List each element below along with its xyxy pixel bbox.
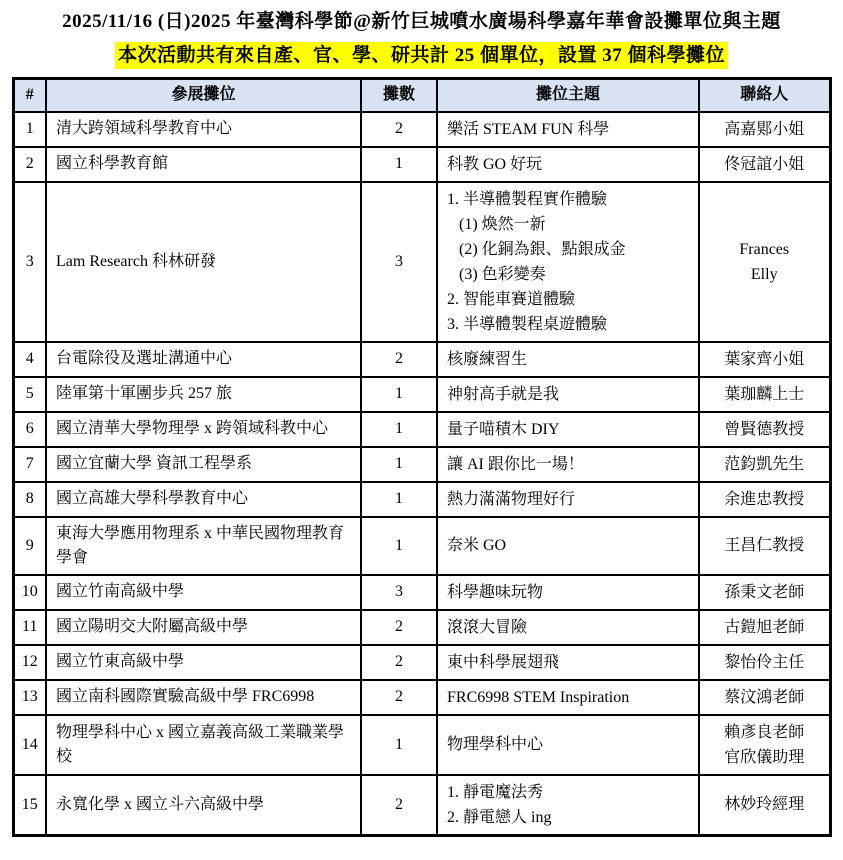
contact-person: Frances Elly bbox=[699, 182, 830, 342]
table-row: 1 清大跨領域科學教育中心 2 樂活 STEAM FUN 科學 高嘉郹小姐 bbox=[13, 112, 830, 147]
booth-count: 2 bbox=[361, 645, 437, 680]
booth-count: 2 bbox=[361, 610, 437, 645]
contact-person: 賴彥良老師 官欣儀助理 bbox=[699, 715, 830, 775]
contact-person: 黎怡伶主任 bbox=[699, 645, 830, 680]
unit-name: 台電除役及選址溝通中心 bbox=[46, 342, 361, 377]
booth-theme: 讓 AI 跟你比一場！ bbox=[437, 447, 699, 482]
table-row: 8 國立高雄大學科學教育中心 1 熱力滿滿物理好行 余進忠教授 bbox=[13, 482, 830, 517]
table-row: 2 國立科學教育館 1 科教 GO 好玩 佟冠誼小姐 bbox=[13, 147, 830, 182]
unit-name: 國立竹南高級中學 bbox=[46, 575, 361, 610]
booth-count: 1 bbox=[361, 715, 437, 775]
row-number: 8 bbox=[13, 482, 46, 517]
header-contact: 聯絡人 bbox=[699, 79, 830, 112]
unit-name: 國立清華大學物理學 x 跨領域科教中心 bbox=[46, 412, 361, 447]
booth-count: 3 bbox=[361, 182, 437, 342]
booth-theme: 1. 靜電魔法秀 2. 靜電戀人 ing bbox=[437, 775, 699, 836]
booth-count: 1 bbox=[361, 447, 437, 482]
unit-name: 國立宜蘭大學 資訊工程學系 bbox=[46, 447, 361, 482]
unit-name: Lam Research 科林研發 bbox=[46, 182, 361, 342]
row-number: 6 bbox=[13, 412, 46, 447]
contact-person: 曾賢德教授 bbox=[699, 412, 830, 447]
booth-count: 2 bbox=[361, 342, 437, 377]
unit-name: 國立高雄大學科學教育中心 bbox=[46, 482, 361, 517]
page-title: 2025/11/16 (日)2025 年臺灣科學節@新竹巨城噴水廣場科學嘉年華會… bbox=[0, 0, 843, 35]
unit-name: 物理學科中心 x 國立嘉義高級工業職業學校 bbox=[46, 715, 361, 775]
booth-theme: 科教 GO 好玩 bbox=[437, 147, 699, 182]
header-unit: 參展攤位 bbox=[46, 79, 361, 112]
booth-theme: 東中科學展翅飛 bbox=[437, 645, 699, 680]
row-number: 10 bbox=[13, 575, 46, 610]
contact-person: 葉珈麟上士 bbox=[699, 377, 830, 412]
booth-count: 2 bbox=[361, 680, 437, 715]
unit-name: 國立竹東高級中學 bbox=[46, 645, 361, 680]
header-booth-count: 攤數 bbox=[361, 79, 437, 112]
row-number: 7 bbox=[13, 447, 46, 482]
contact-person: 蔡汶鴻老師 bbox=[699, 680, 830, 715]
highlighted-subtitle: 本次活動共有來自產、官、學、研共計 25 個單位，設置 37 個科學攤位 bbox=[115, 42, 728, 69]
table-row: 5 陸軍第十軍團步兵 257 旅 1 神射高手就是我 葉珈麟上士 bbox=[13, 377, 830, 412]
booth-table-body: 1 清大跨領域科學教育中心 2 樂活 STEAM FUN 科學 高嘉郹小姐 2 … bbox=[13, 112, 830, 836]
table-row: 6 國立清華大學物理學 x 跨領域科教中心 1 量子喵積木 DIY 曾賢德教授 bbox=[13, 412, 830, 447]
table-row: 11 國立陽明交大附屬高級中學 2 滾滾大冒險 古鎧旭老師 bbox=[13, 610, 830, 645]
booth-theme: 奈米 GO bbox=[437, 517, 699, 575]
header-booth-theme: 攤位主題 bbox=[437, 79, 699, 112]
table-row: 9 東海大學應用物理系 x 中華民國物理教育學會 1 奈米 GO 王昌仁教授 bbox=[13, 517, 830, 575]
table-row: 12 國立竹東高級中學 2 東中科學展翅飛 黎怡伶主任 bbox=[13, 645, 830, 680]
row-number: 4 bbox=[13, 342, 46, 377]
booth-theme: 熱力滿滿物理好行 bbox=[437, 482, 699, 517]
contact-person: 范鈞凱先生 bbox=[699, 447, 830, 482]
unit-name: 東海大學應用物理系 x 中華民國物理教育學會 bbox=[46, 517, 361, 575]
table-row: 14 物理學科中心 x 國立嘉義高級工業職業學校 1 物理學科中心 賴彥良老師 … bbox=[13, 715, 830, 775]
booth-count: 2 bbox=[361, 112, 437, 147]
contact-person: 葉家齊小姐 bbox=[699, 342, 830, 377]
table-row: 15 永寬化學 x 國立斗六高級中學 2 1. 靜電魔法秀 2. 靜電戀人 in… bbox=[13, 775, 830, 836]
contact-person: 高嘉郹小姐 bbox=[699, 112, 830, 147]
booth-count: 3 bbox=[361, 575, 437, 610]
row-number: 11 bbox=[13, 610, 46, 645]
table-row: 13 國立南科國際實驗高級中學 FRC6998 2 FRC6998 STEM I… bbox=[13, 680, 830, 715]
unit-name: 清大跨領域科學教育中心 bbox=[46, 112, 361, 147]
booth-theme: 神射高手就是我 bbox=[437, 377, 699, 412]
contact-person: 孫秉文老師 bbox=[699, 575, 830, 610]
contact-person: 余進忠教授 bbox=[699, 482, 830, 517]
row-number: 9 bbox=[13, 517, 46, 575]
table-row: 4 台電除役及選址溝通中心 2 核廢練習生 葉家齊小姐 bbox=[13, 342, 830, 377]
contact-person: 王昌仁教授 bbox=[699, 517, 830, 575]
table-row: 10 國立竹南高級中學 3 科學趣味玩物 孫秉文老師 bbox=[13, 575, 830, 610]
booth-count: 1 bbox=[361, 517, 437, 575]
booth-theme: FRC6998 STEM Inspiration bbox=[437, 680, 699, 715]
contact-person: 古鎧旭老師 bbox=[699, 610, 830, 645]
row-number: 14 bbox=[13, 715, 46, 775]
booth-table-header: # 參展攤位 攤數 攤位主題 聯絡人 bbox=[13, 79, 830, 112]
booth-count: 2 bbox=[361, 775, 437, 836]
contact-person: 林妙玲經理 bbox=[699, 775, 830, 836]
contact-person: 佟冠誼小姐 bbox=[699, 147, 830, 182]
subtitle-row: 本次活動共有來自產、官、學、研共計 25 個單位，設置 37 個科學攤位 bbox=[0, 42, 843, 69]
unit-name: 永寬化學 x 國立斗六高級中學 bbox=[46, 775, 361, 836]
row-number: 3 bbox=[13, 182, 46, 342]
booth-count: 1 bbox=[361, 412, 437, 447]
table-row: 3 Lam Research 科林研發 3 1. 半導體製程實作體驗 (1) 煥… bbox=[13, 182, 830, 342]
row-number: 5 bbox=[13, 377, 46, 412]
unit-name: 國立南科國際實驗高級中學 FRC6998 bbox=[46, 680, 361, 715]
booth-theme: 量子喵積木 DIY bbox=[437, 412, 699, 447]
booth-theme: 核廢練習生 bbox=[437, 342, 699, 377]
row-number: 1 bbox=[13, 112, 46, 147]
booth-theme: 科學趣味玩物 bbox=[437, 575, 699, 610]
header-number: # bbox=[13, 79, 46, 112]
booth-theme: 樂活 STEAM FUN 科學 bbox=[437, 112, 699, 147]
row-number: 15 bbox=[13, 775, 46, 836]
row-number: 2 bbox=[13, 147, 46, 182]
booth-theme: 物理學科中心 bbox=[437, 715, 699, 775]
booth-table: # 參展攤位 攤數 攤位主題 聯絡人 1 清大跨領域科學教育中心 2 樂活 ST… bbox=[12, 77, 832, 837]
booth-theme: 滾滾大冒險 bbox=[437, 610, 699, 645]
booth-count: 1 bbox=[361, 377, 437, 412]
booth-count: 1 bbox=[361, 147, 437, 182]
row-number: 13 bbox=[13, 680, 46, 715]
row-number: 12 bbox=[13, 645, 46, 680]
table-row: 7 國立宜蘭大學 資訊工程學系 1 讓 AI 跟你比一場！ 范鈞凱先生 bbox=[13, 447, 830, 482]
unit-name: 陸軍第十軍團步兵 257 旅 bbox=[46, 377, 361, 412]
unit-name: 國立陽明交大附屬高級中學 bbox=[46, 610, 361, 645]
booth-count: 1 bbox=[361, 482, 437, 517]
unit-name: 國立科學教育館 bbox=[46, 147, 361, 182]
booth-theme: 1. 半導體製程實作體驗 (1) 煥然一新 (2) 化銅為銀、點銀成金 (3) … bbox=[437, 182, 699, 342]
